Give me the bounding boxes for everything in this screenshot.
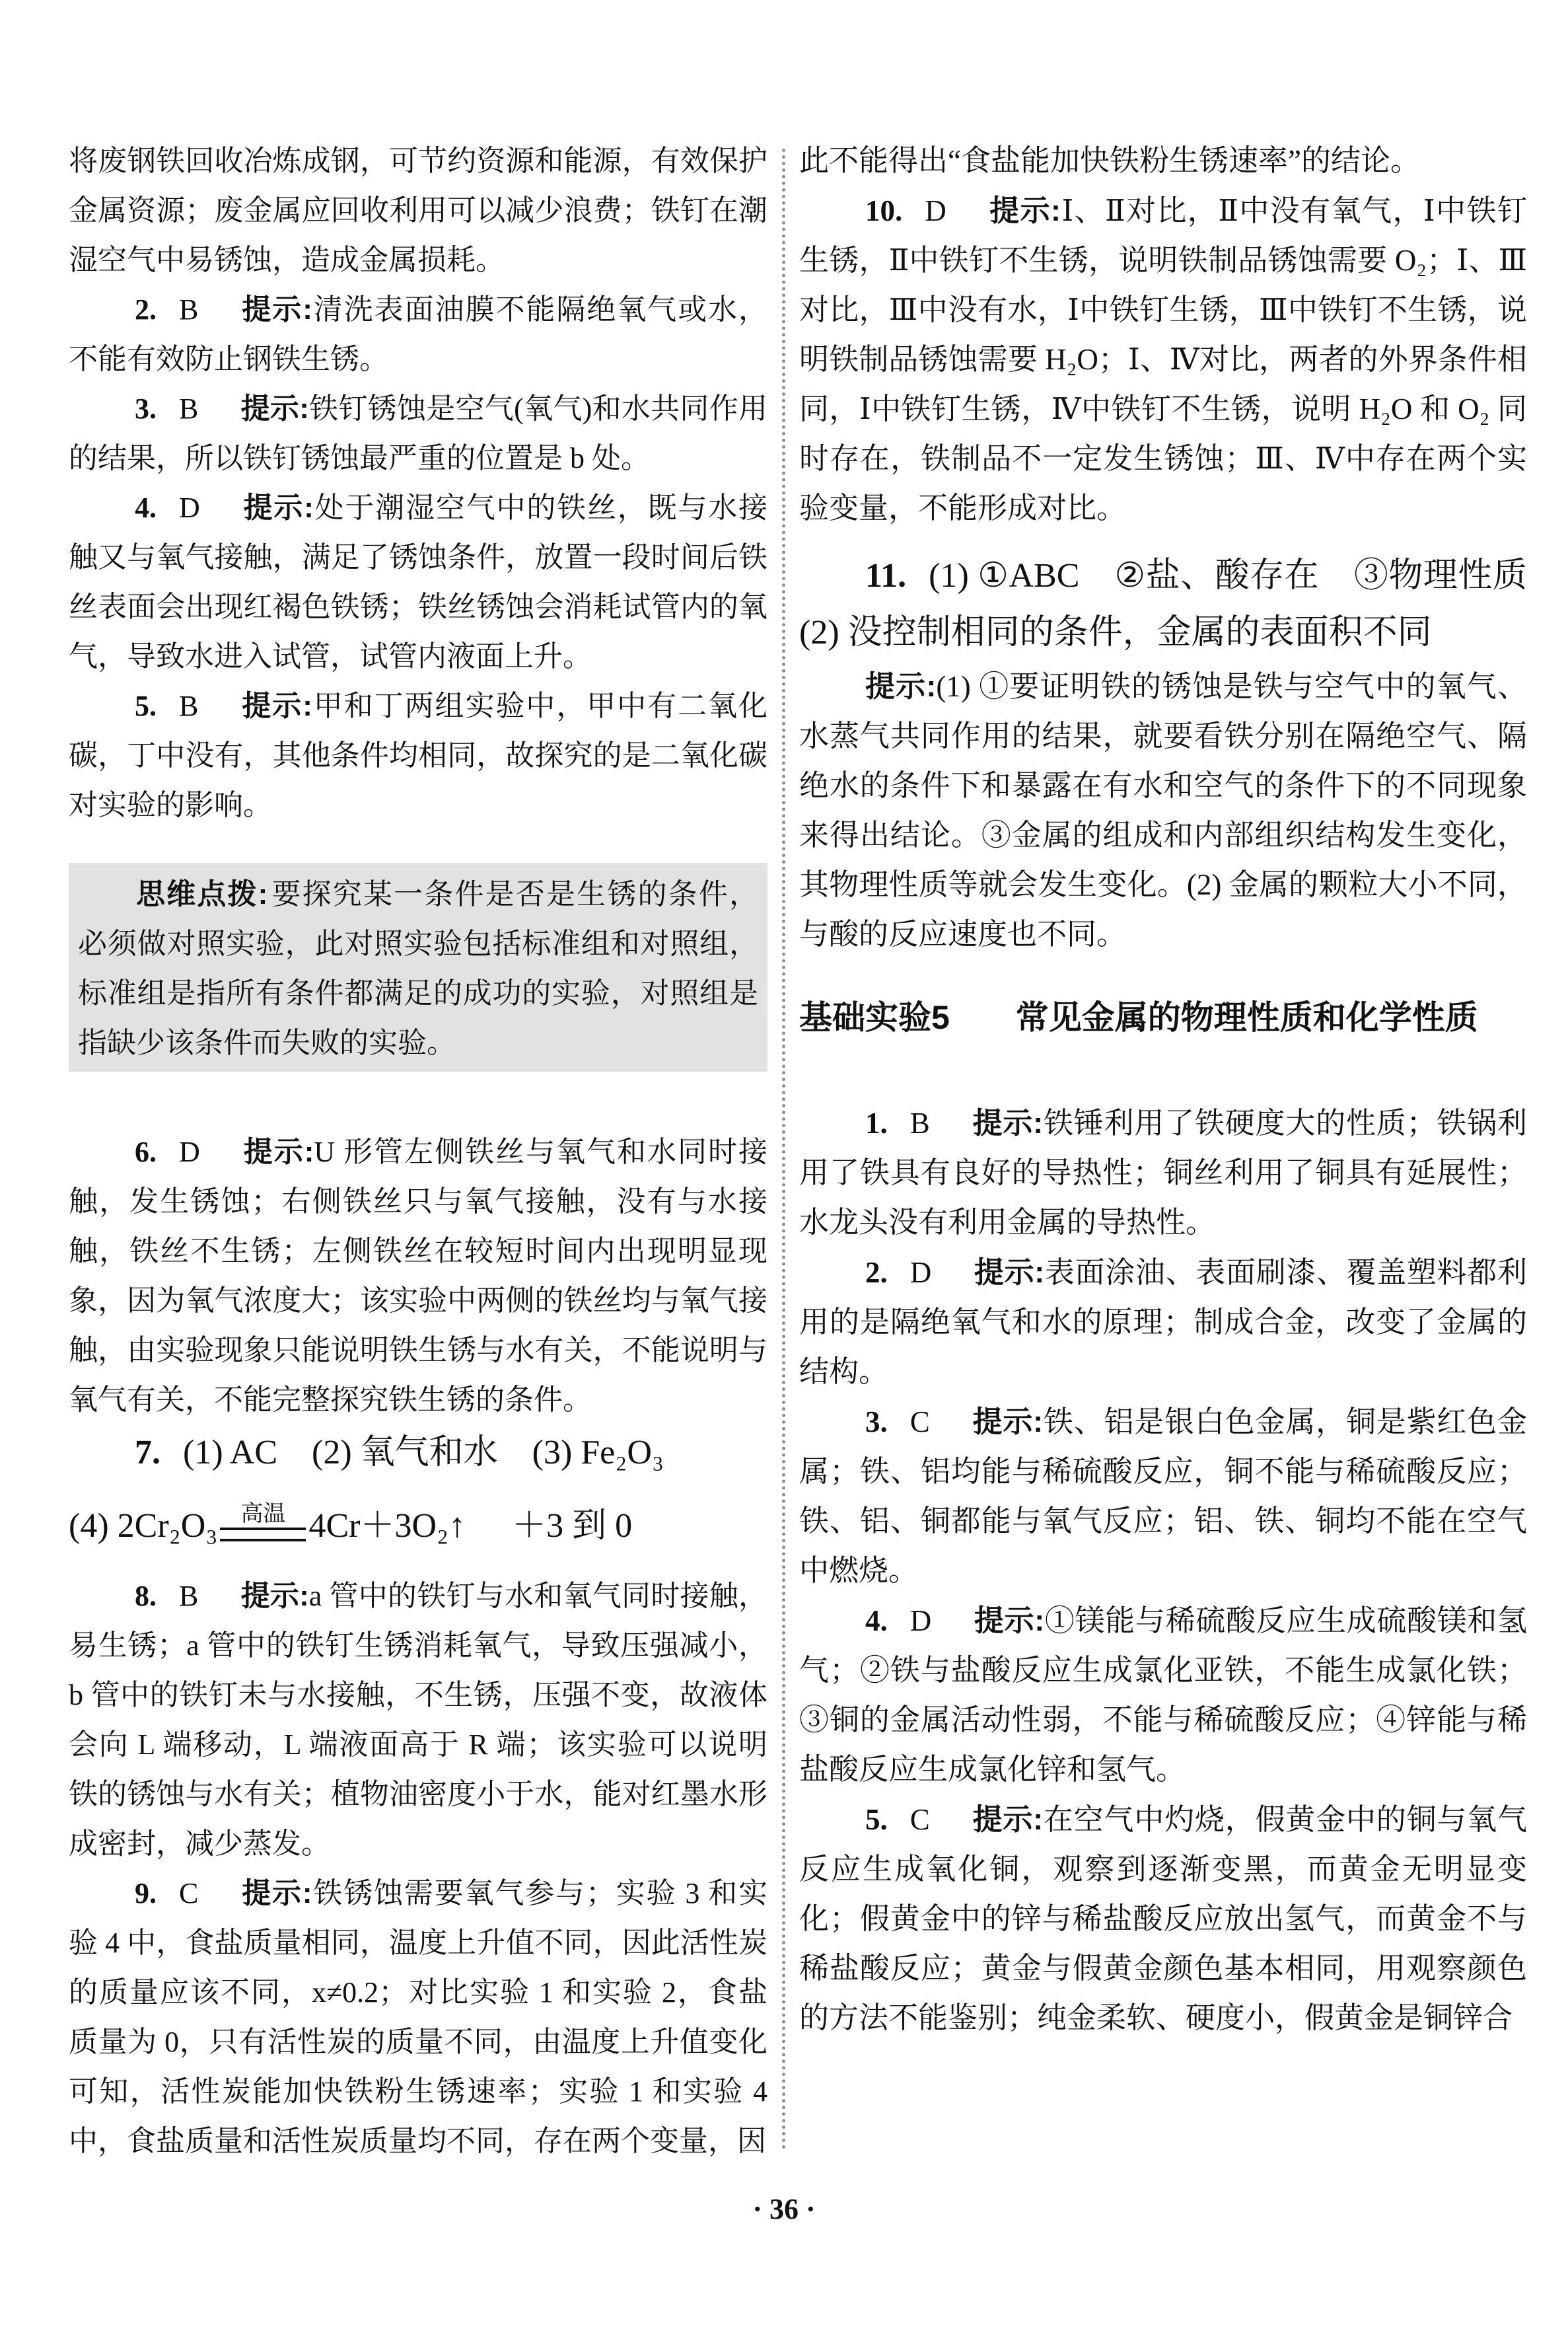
reaction-condition: 高温	[220, 1501, 306, 1541]
equation-number: (4)	[69, 1498, 109, 1555]
hint-text: 清洗表面油膜不能隔绝氧气或水，不能有效防止钢铁生锈。	[69, 293, 767, 375]
item-number: 5.	[135, 690, 157, 722]
section-header: 基础实验5 常见金属的物理性质和化学性质	[799, 998, 1527, 1037]
answer-item-exp3: 3.C提示:铁、铝是银白色金属，铜是紫红色金属；铁、铝均能与稀硫酸反应，铜不能与…	[799, 1397, 1527, 1596]
hint-label: 提示:	[865, 669, 936, 703]
hint-label: 提示:	[972, 1106, 1043, 1140]
item-number: 4.	[865, 1604, 888, 1637]
hint-label: 提示:	[240, 392, 309, 425]
hint-label: 提示:	[242, 1136, 314, 1168]
hint-label: 提示:	[974, 1255, 1044, 1289]
answer-item-3: 3.B提示:铁钉锈蚀是空气(氧气)和水共同作用的结果，所以铁钉锈蚀最严重的位置是…	[69, 384, 767, 483]
hint-label: 提示:	[974, 1604, 1044, 1637]
hint-text: 铁锈蚀需要氧气参与；实验 3 和实验 4 中，食盐质量相同，温度上升值不同，因此…	[69, 1877, 767, 2157]
answer-item-7: 7.(1) AC (2) 氧气和水 (3) Fe₂O₃	[69, 1424, 767, 1481]
answer-item-11-hint: 提示:(1) ①要证明铁的锈蚀是铁与空气中的氧气、水蒸气共同作用的结果，就要看铁…	[799, 661, 1527, 959]
hint-text: ①镁能与稀硫酸反应生成硫酸镁和氢气；②铁与盐酸反应生成氯化亚铁，不能生成氯化铁；…	[799, 1604, 1527, 1786]
hint-text: 在空气中灼烧，假黄金中的铜与氧气反应生成氧化铜，观察到逐渐变黑，而黄金无明显变化…	[799, 1803, 1527, 2034]
equation-line: (4) 2Cr₂O₃ 高温 4Cr＋3O₂↑ ＋3 到 0	[69, 1481, 767, 1571]
answer-item-5: 5.B提示:甲和丁两组实验中，甲中有二氧化碳，丁中没有，其他条件均相同，故探究的…	[69, 681, 767, 830]
answer-item-exp1: 1.B提示:铁锤利用了铁硬度大的性质；铁锅利用了铁具有良好的导热性；铜丝利用了铜…	[799, 1098, 1527, 1247]
answer-item-8: 8.B提示:a 管中的铁钉与水和氧气同时接触，易生锈；a 管中的铁钉生锈消耗氧气…	[69, 1571, 767, 1868]
hint-text: 甲和丁两组实验中，甲中有二氧化碳，丁中没有，其他条件均相同，故探究的是二氧化碳对…	[69, 690, 767, 821]
hint-text: 铁钉锈蚀是空气(氧气)和水共同作用的结果，所以铁钉锈蚀最严重的位置是 b 处。	[69, 392, 767, 474]
hint-text: 铁锤利用了铁硬度大的性质；铁锅利用了铁具有良好的导热性；铜丝利用了铜具有延展性；…	[799, 1107, 1527, 1239]
double-line	[220, 1528, 306, 1541]
hint-label: 提示:	[972, 1802, 1043, 1836]
answer-letter: D	[925, 194, 946, 227]
equation-product: 4Cr＋3O₂↑	[308, 1498, 466, 1555]
answer-letter: D	[179, 1136, 200, 1168]
answer-key-page: 将废钢铁回收冶炼成钢，可节约资源和能源，有效保护金属资源；废金属应回收利用可以减…	[0, 0, 1568, 2325]
answer-letter: C	[910, 1405, 930, 1438]
continuation-paragraph: 将废钢铁回收冶炼成钢，可节约资源和能源，有效保护金属资源；废金属应回收利用可以减…	[69, 136, 767, 285]
answer-letter: C	[910, 1803, 930, 1836]
page-number: · 36 ·	[0, 2192, 1568, 2226]
item-number: 7.	[135, 1434, 160, 1471]
hint-text: 处于潮湿空气中的铁丝，既与水接触又与氧气接触，满足了锈蚀条件，放置一段时间后铁丝…	[69, 492, 767, 673]
item-number: 3.	[135, 392, 157, 425]
answer-letter: B	[910, 1107, 930, 1140]
answer-item-6: 6.D提示:U 形管左侧铁丝与氧气和水同时接触，发生锈蚀；右侧铁丝只与氧气接触，…	[69, 1127, 767, 1424]
answer-letter: B	[179, 1580, 198, 1612]
hint-label: 提示:	[240, 1580, 308, 1612]
item-number: 4.	[135, 492, 157, 524]
hint-label: 提示:	[240, 1877, 312, 1909]
answer-item-10: 10.D提示:Ⅰ、Ⅱ对比，Ⅱ中没有氧气，Ⅰ中铁钉生锈，Ⅱ中铁钉不生锈，说明铁制品…	[799, 186, 1527, 533]
left-column: 将废钢铁回收冶炼成钢，可节约资源和能源，有效保护金属资源；废金属应回收利用可以减…	[69, 136, 767, 2166]
answer-item-exp4: 4.D提示:①镁能与稀硫酸反应生成硫酸镁和氢气；②铁与盐酸反应生成氯化亚铁，不能…	[799, 1596, 1527, 1794]
item-number: 11.	[865, 557, 906, 595]
item-number: 10.	[865, 194, 902, 227]
answer-letter: B	[179, 690, 198, 722]
right-column: 此不能得出“食盐能加快铁粉生锈速率”的结论。 10.D提示:Ⅰ、Ⅱ对比，Ⅱ中没有…	[799, 136, 1527, 2043]
continuation-paragraph: 此不能得出“食盐能加快铁粉生锈速率”的结论。	[799, 136, 1527, 186]
item-number: 5.	[865, 1803, 888, 1836]
tip-box: 思维点拨:要探究某一条件是否是生锈的条件，必须做对照实验，此对照实验包括标准组和…	[69, 863, 767, 1072]
hint-text: Ⅰ、Ⅱ对比，Ⅱ中没有氧气，Ⅰ中铁钉生锈，Ⅱ中铁钉不生锈，说明铁制品锈蚀需要 O₂…	[799, 194, 1527, 525]
hint-text: 铁、铝是银白色金属，铜是紫红色金属；铁、铝均能与稀硫酸反应，铜不能与稀硫酸反应；…	[799, 1405, 1527, 1587]
item-number: 2.	[865, 1256, 888, 1289]
item-number: 1.	[865, 1107, 888, 1140]
answer-text: (1) ①ABC ②盐、酸存在 ③物理性质 (2) 没控制相同的条件，金属的表面…	[799, 557, 1561, 651]
answer-letter: D	[179, 492, 200, 524]
answer-item-11: 11.(1) ①ABC ②盐、酸存在 ③物理性质 (2) 没控制相同的条件，金属…	[799, 548, 1527, 661]
condition-text: 高温	[240, 1501, 285, 1528]
answer-letter: D	[910, 1604, 932, 1637]
item-number: 2.	[135, 293, 157, 326]
column-divider	[782, 149, 785, 2151]
answer-item-exp5: 5.C提示:在空气中灼烧，假黄金中的铜与氧气反应生成氧化铜，观察到逐渐变黑，而黄…	[799, 1794, 1527, 2043]
item-number: 9.	[135, 1877, 157, 1909]
answer-letter: D	[910, 1256, 932, 1289]
hint-text: U 形管左侧铁丝与氧气和水同时接触，发生锈蚀；右侧铁丝只与氧气接触，没有与水接触…	[69, 1136, 767, 1416]
hint-label: 提示:	[242, 492, 314, 524]
tip-box-label: 思维点拨:	[136, 878, 267, 910]
hint-label: 提示:	[989, 194, 1061, 227]
hint-label: 提示:	[972, 1405, 1043, 1438]
answer-item-4: 4.D提示:处于潮湿空气中的铁丝，既与水接触又与氧气接触，满足了锈蚀条件，放置一…	[69, 483, 767, 681]
answer-item-exp2: 2.D提示:表面涂油、表面刷漆、覆盖塑料都利用的是隔绝氧气和水的原理；制成合金，…	[799, 1247, 1527, 1397]
hint-label: 提示:	[240, 293, 312, 326]
answer-letter: B	[179, 392, 198, 425]
answer-text: (1) AC (2) 氧气和水 (3) Fe₂O₃	[183, 1434, 664, 1471]
answer-letter: B	[179, 293, 198, 326]
hint-label: 提示:	[240, 690, 312, 722]
valence-change-note: ＋3 到 0	[512, 1498, 632, 1555]
item-number: 8.	[135, 1580, 157, 1612]
hint-text: (1) ①要证明铁的锈蚀是铁与空气中的氧气、水蒸气共同作用的结果，就要看铁分别在…	[799, 670, 1527, 951]
answer-letter: C	[179, 1877, 198, 1909]
answer-item-2: 2.B提示:清洗表面油膜不能隔绝氧气或水，不能有效防止钢铁生锈。	[69, 285, 767, 384]
answer-item-9: 9.C提示:铁锈蚀需要氧气参与；实验 3 和实验 4 中，食盐质量相同，温度上升…	[69, 1868, 767, 2166]
equation-reactant: 2Cr₂O₃	[118, 1498, 218, 1555]
hint-text: a 管中的铁钉与水和氧气同时接触，易生锈；a 管中的铁钉生锈消耗氧气，导致压强减…	[69, 1580, 767, 1860]
item-number: 6.	[135, 1136, 157, 1168]
item-number: 3.	[865, 1405, 888, 1438]
hint-text: 表面涂油、表面刷漆、覆盖塑料都利用的是隔绝氧气和水的原理；制成合金，改变了金属的…	[799, 1256, 1527, 1388]
